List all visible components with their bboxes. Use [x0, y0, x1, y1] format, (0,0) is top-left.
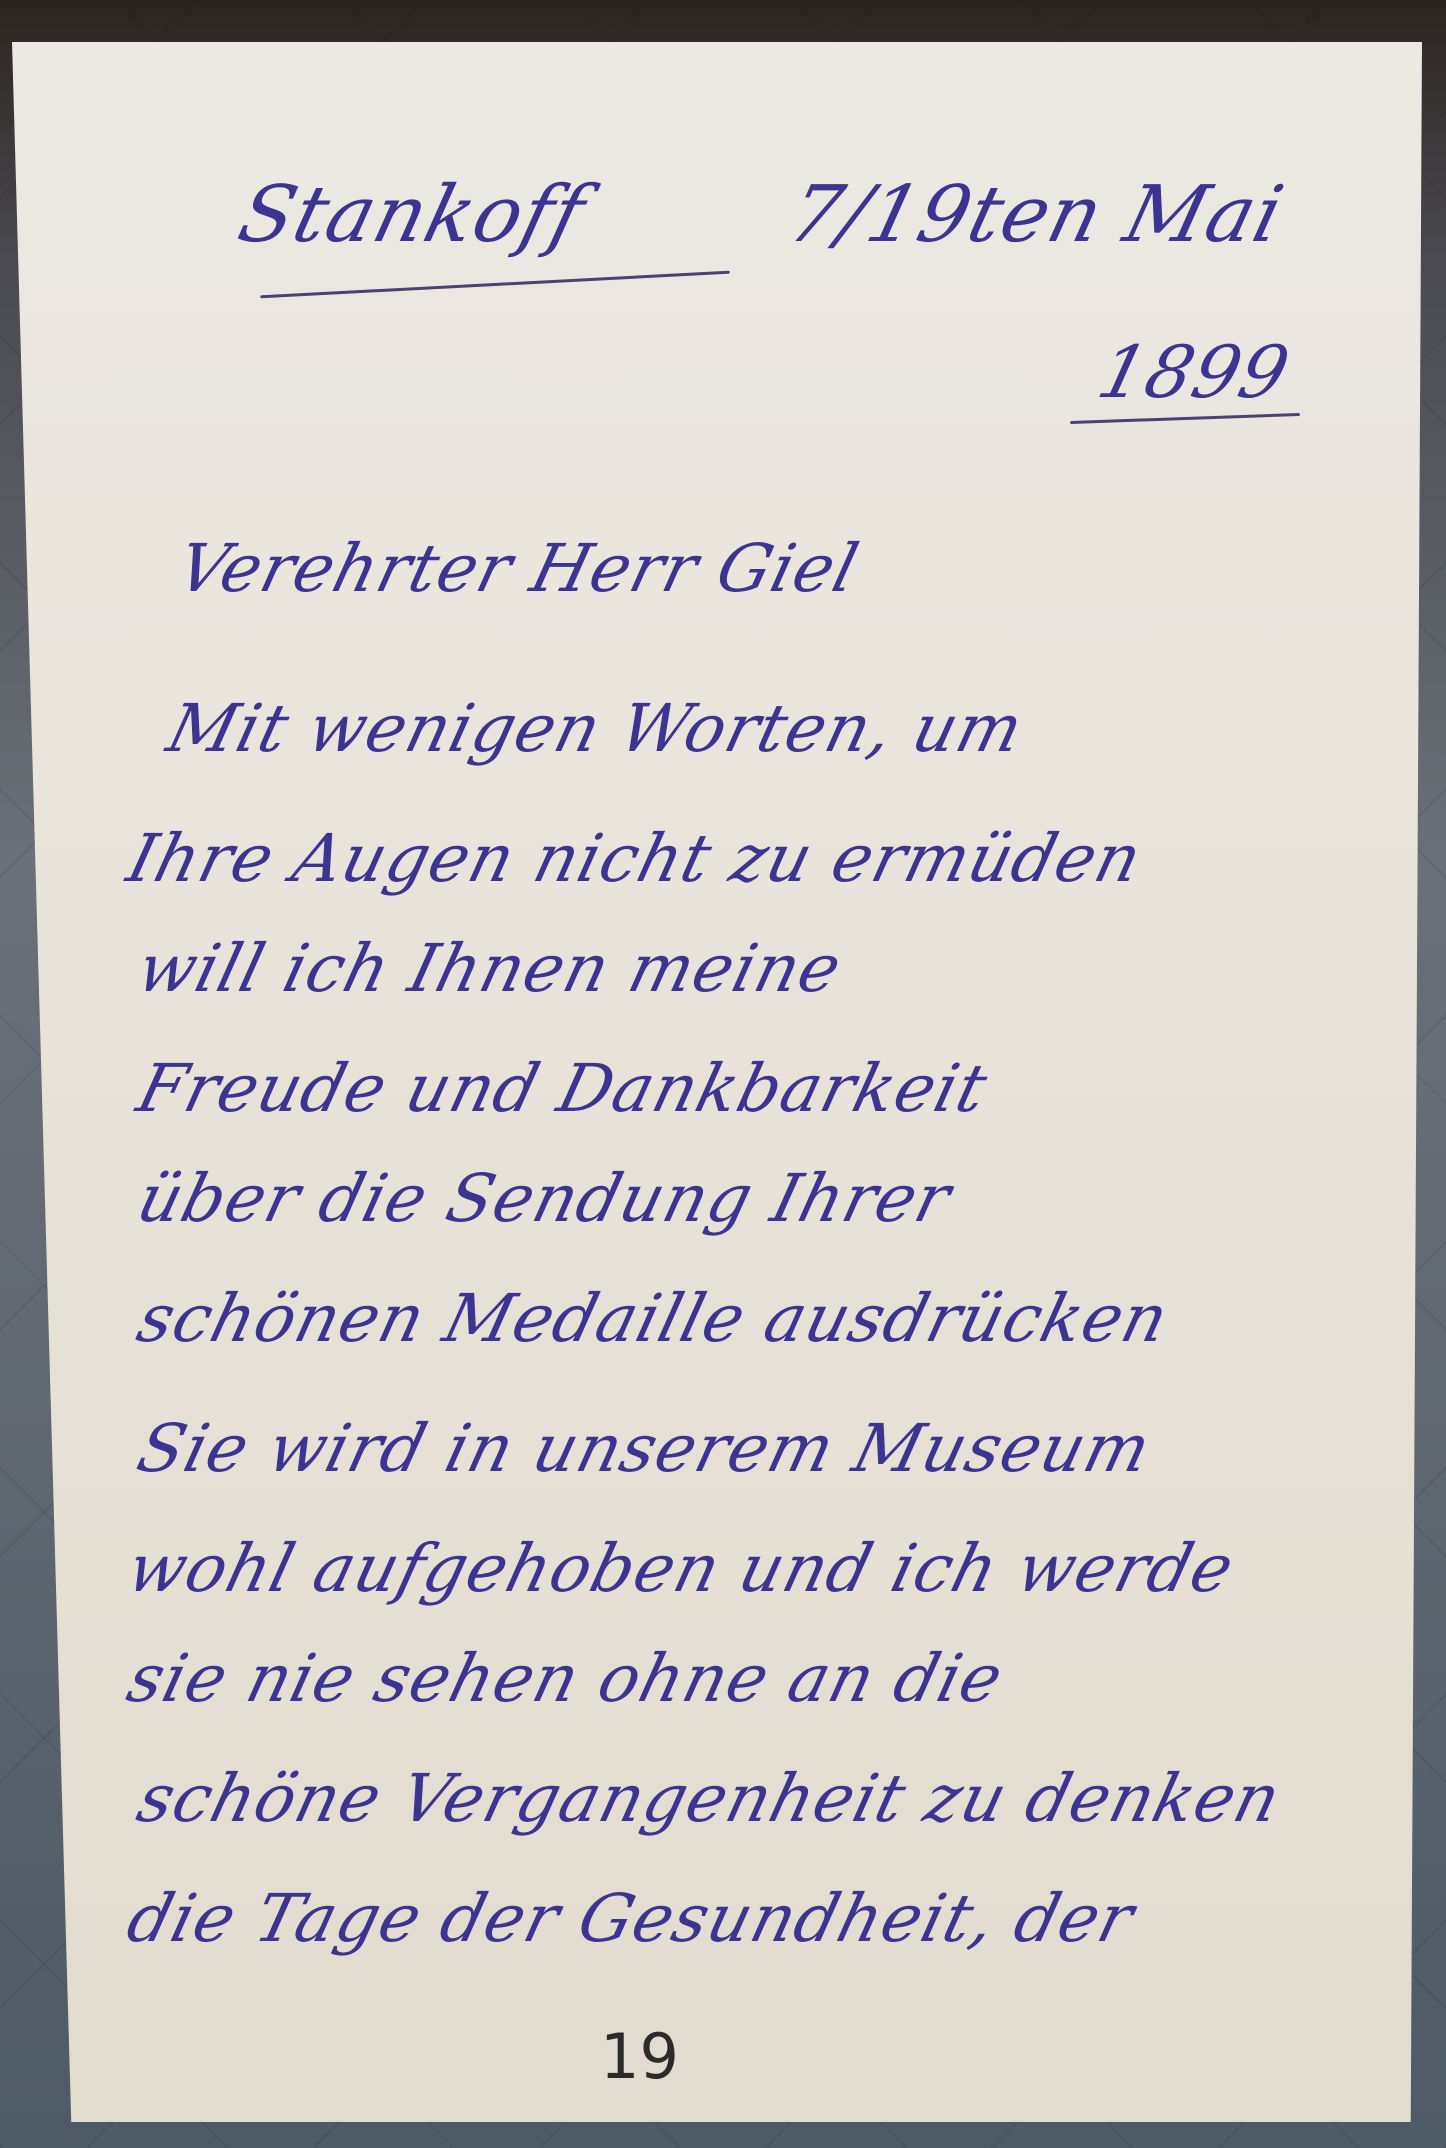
letter-line-11: die Tage der Gesundheit, der — [120, 1880, 1142, 1957]
letter-line-2: Ihre Augen nicht zu ermüden — [120, 820, 1150, 897]
letter-line-7: Sie wird in unserem Museum — [130, 1410, 1159, 1487]
letter-line-9: sie nie sehen ohne an die — [120, 1640, 1011, 1717]
letter-line-10: schöne Vergangenheit zu denken — [130, 1760, 1289, 1837]
letter-line-8: wohl aufgehoben und ich werde — [120, 1530, 1242, 1607]
letter-line-1: Mit wenigen Worten, um — [160, 690, 1031, 767]
letter-line-4: Freude und Dankbarkeit — [130, 1050, 995, 1127]
letter-date: 7/19ten Mai — [780, 170, 1292, 260]
letter-salutation: Verehrter Herr Giel — [170, 530, 866, 607]
letter-line-3: will ich Ihnen meine — [130, 930, 850, 1007]
letter-place: Stankoff — [230, 170, 594, 260]
letter-year: 1899 — [1090, 330, 1298, 414]
page-number: 19 — [600, 2020, 679, 2093]
letter-line-6: schönen Medaille ausdrücken — [130, 1280, 1176, 1357]
letter-line-5: über die Sendung Ihrer — [130, 1160, 959, 1237]
